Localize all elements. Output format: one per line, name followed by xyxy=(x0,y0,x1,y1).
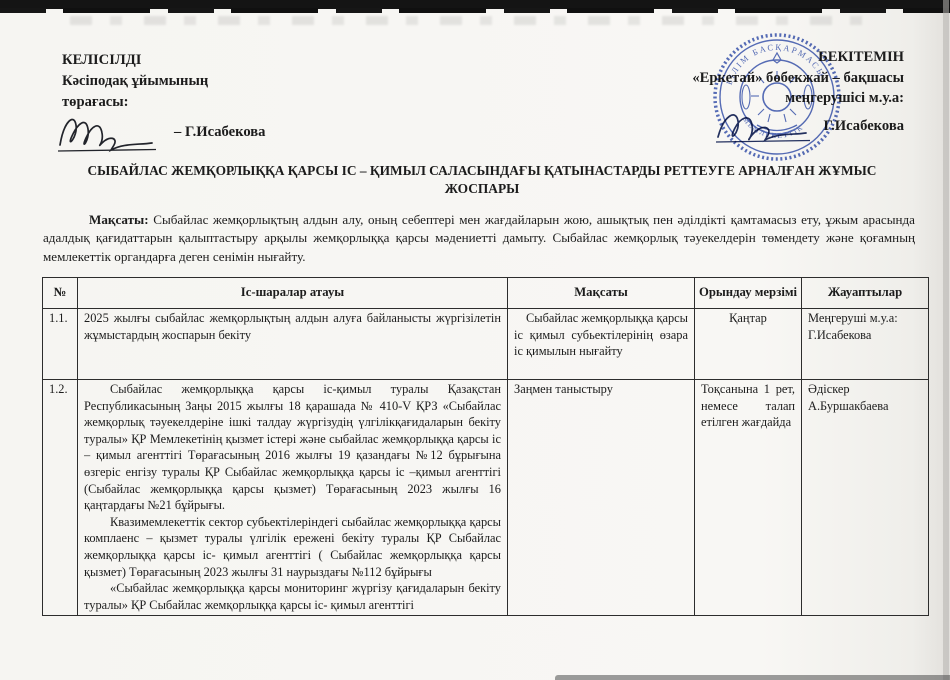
scanner-edge-artifact-2 xyxy=(0,8,950,13)
column-header-0: № xyxy=(43,278,78,309)
approval-block-right: БЕКІТЕМІН «Еркетай» бөбекжай – бақшасы м… xyxy=(574,47,904,145)
page-edge-shadow-bottom xyxy=(555,675,950,680)
cell-purpose: Сыбайлас жемқорлыққа қарсы іс қимыл субь… xyxy=(508,309,695,380)
cell-purpose: Заңмен таныстыру xyxy=(508,380,695,616)
purpose-text: Сыбайлас жемқорлықтың алдын алу, оның се… xyxy=(43,212,915,264)
cell-term: Қаңтар xyxy=(695,309,802,380)
signatory-name-right: Г.Исабекова xyxy=(824,116,905,137)
cell-term: Тоқсанына 1 рет, немесе талап етілген жа… xyxy=(695,380,802,616)
role-line-right: меңгерушісі м.у.а: xyxy=(574,88,904,109)
cell-activity: 2025 жылғы сыбайлас жемқорлықтың алдын а… xyxy=(78,309,508,380)
approval-block-left: КЕЛІСІЛДІ Кәсіподақ ұйымының төрағасы: –… xyxy=(62,50,342,151)
org-line: Кәсіподақ ұйымының xyxy=(62,71,342,92)
signature-right xyxy=(710,107,820,147)
cell-activity: Сыбайлас жемқорлыққа қарсы іс-қимыл тура… xyxy=(78,380,508,616)
signature-row-left: – Г.Исабекова xyxy=(62,113,342,151)
approved-label: БЕКІТЕМІН xyxy=(574,47,904,68)
column-header-3: Орындау мерзімі xyxy=(695,278,802,309)
page-edge-shadow-right xyxy=(943,0,949,680)
plan-table-wrap: №Іс-шаралар атауыМақсатыОрындау мерзіміЖ… xyxy=(42,277,930,616)
cell-responsible: Меңгеруші м.у.а: Г.Исабекова xyxy=(802,309,929,380)
signature-left xyxy=(54,109,176,157)
scanned-document-page: КЕЛІСІЛДІ Кәсіподақ ұйымының төрағасы: –… xyxy=(0,0,950,680)
signatory-name-left: – Г.Исабекова xyxy=(174,122,265,143)
column-header-4: Жауаптылар xyxy=(802,278,929,309)
agreed-label: КЕЛІСІЛДІ xyxy=(62,50,342,71)
purpose-paragraph: Мақсаты: Сыбайлас жемқорлықтың алдын алу… xyxy=(43,211,915,266)
column-header-1: Іс-шаралар атауы xyxy=(78,278,508,309)
kindergarten-line: «Еркетай» бөбекжай – бақшасы xyxy=(574,68,904,89)
purpose-label: Мақсаты: xyxy=(89,212,149,227)
ink-bleed-through xyxy=(70,16,870,25)
cell-num: 1.1. xyxy=(43,309,78,380)
table-row: 1.1.2025 жылғы сыбайлас жемқорлықтың алд… xyxy=(43,309,929,380)
column-header-2: Мақсаты xyxy=(508,278,695,309)
table-header-row: №Іс-шаралар атауыМақсатыОрындау мерзіміЖ… xyxy=(43,278,929,309)
document-title: СЫБАЙЛАС ЖЕМҚОРЛЫҚҚА ҚАРСЫ ІС – ҚИМЫЛ СА… xyxy=(72,162,892,197)
cell-num: 1.2. xyxy=(43,380,78,616)
plan-table: №Іс-шаралар атауыМақсатыОрындау мерзіміЖ… xyxy=(42,277,929,616)
cell-responsible: Әдіскер А.Буршакбаева xyxy=(802,380,929,616)
signature-row-right: Г.Исабекова xyxy=(574,109,904,145)
table-row: 1.2.Сыбайлас жемқорлыққа қарсы іс-қимыл … xyxy=(43,380,929,616)
